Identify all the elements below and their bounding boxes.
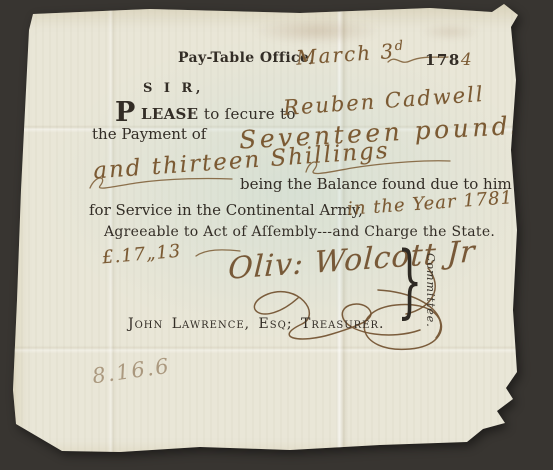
committee-label: Committee. bbox=[424, 253, 437, 328]
treasurer-line: John Lawrence, Eſq; Treaſurer. bbox=[128, 316, 384, 332]
date-superscript: d bbox=[394, 39, 403, 55]
payment-label: the Payment of bbox=[92, 125, 206, 143]
ink-showthrough-smudge bbox=[420, 24, 480, 40]
scan-stage: Pay-Table Office, March 3d 1784 S I R, P… bbox=[0, 0, 553, 470]
paper-shadow-wrap: Pay-Table Office, March 3d 1784 S I R, P… bbox=[0, 0, 553, 470]
dropcap-p: P bbox=[115, 99, 135, 126]
scan-backdrop: { "colors": { "backdrop": "#383531", "pa… bbox=[0, 0, 553, 470]
salutation: S I R, bbox=[143, 81, 204, 96]
year-printed: 178 bbox=[425, 51, 461, 69]
please-clause: LEASE to ſecure to bbox=[141, 105, 296, 123]
year-line: 1784 bbox=[425, 50, 472, 70]
please-caps: LEASE bbox=[141, 105, 204, 123]
service-clause: for Service in the Continental Army, bbox=[89, 201, 363, 219]
committee-bracket: } bbox=[397, 241, 422, 321]
please-rest: to ſecure to bbox=[204, 105, 296, 123]
year-digit-handwritten: 4 bbox=[461, 50, 472, 70]
office-label: Pay-Table Office, bbox=[178, 50, 315, 66]
document-paper: Pay-Table Office, March 3d 1784 S I R, P… bbox=[0, 0, 553, 470]
